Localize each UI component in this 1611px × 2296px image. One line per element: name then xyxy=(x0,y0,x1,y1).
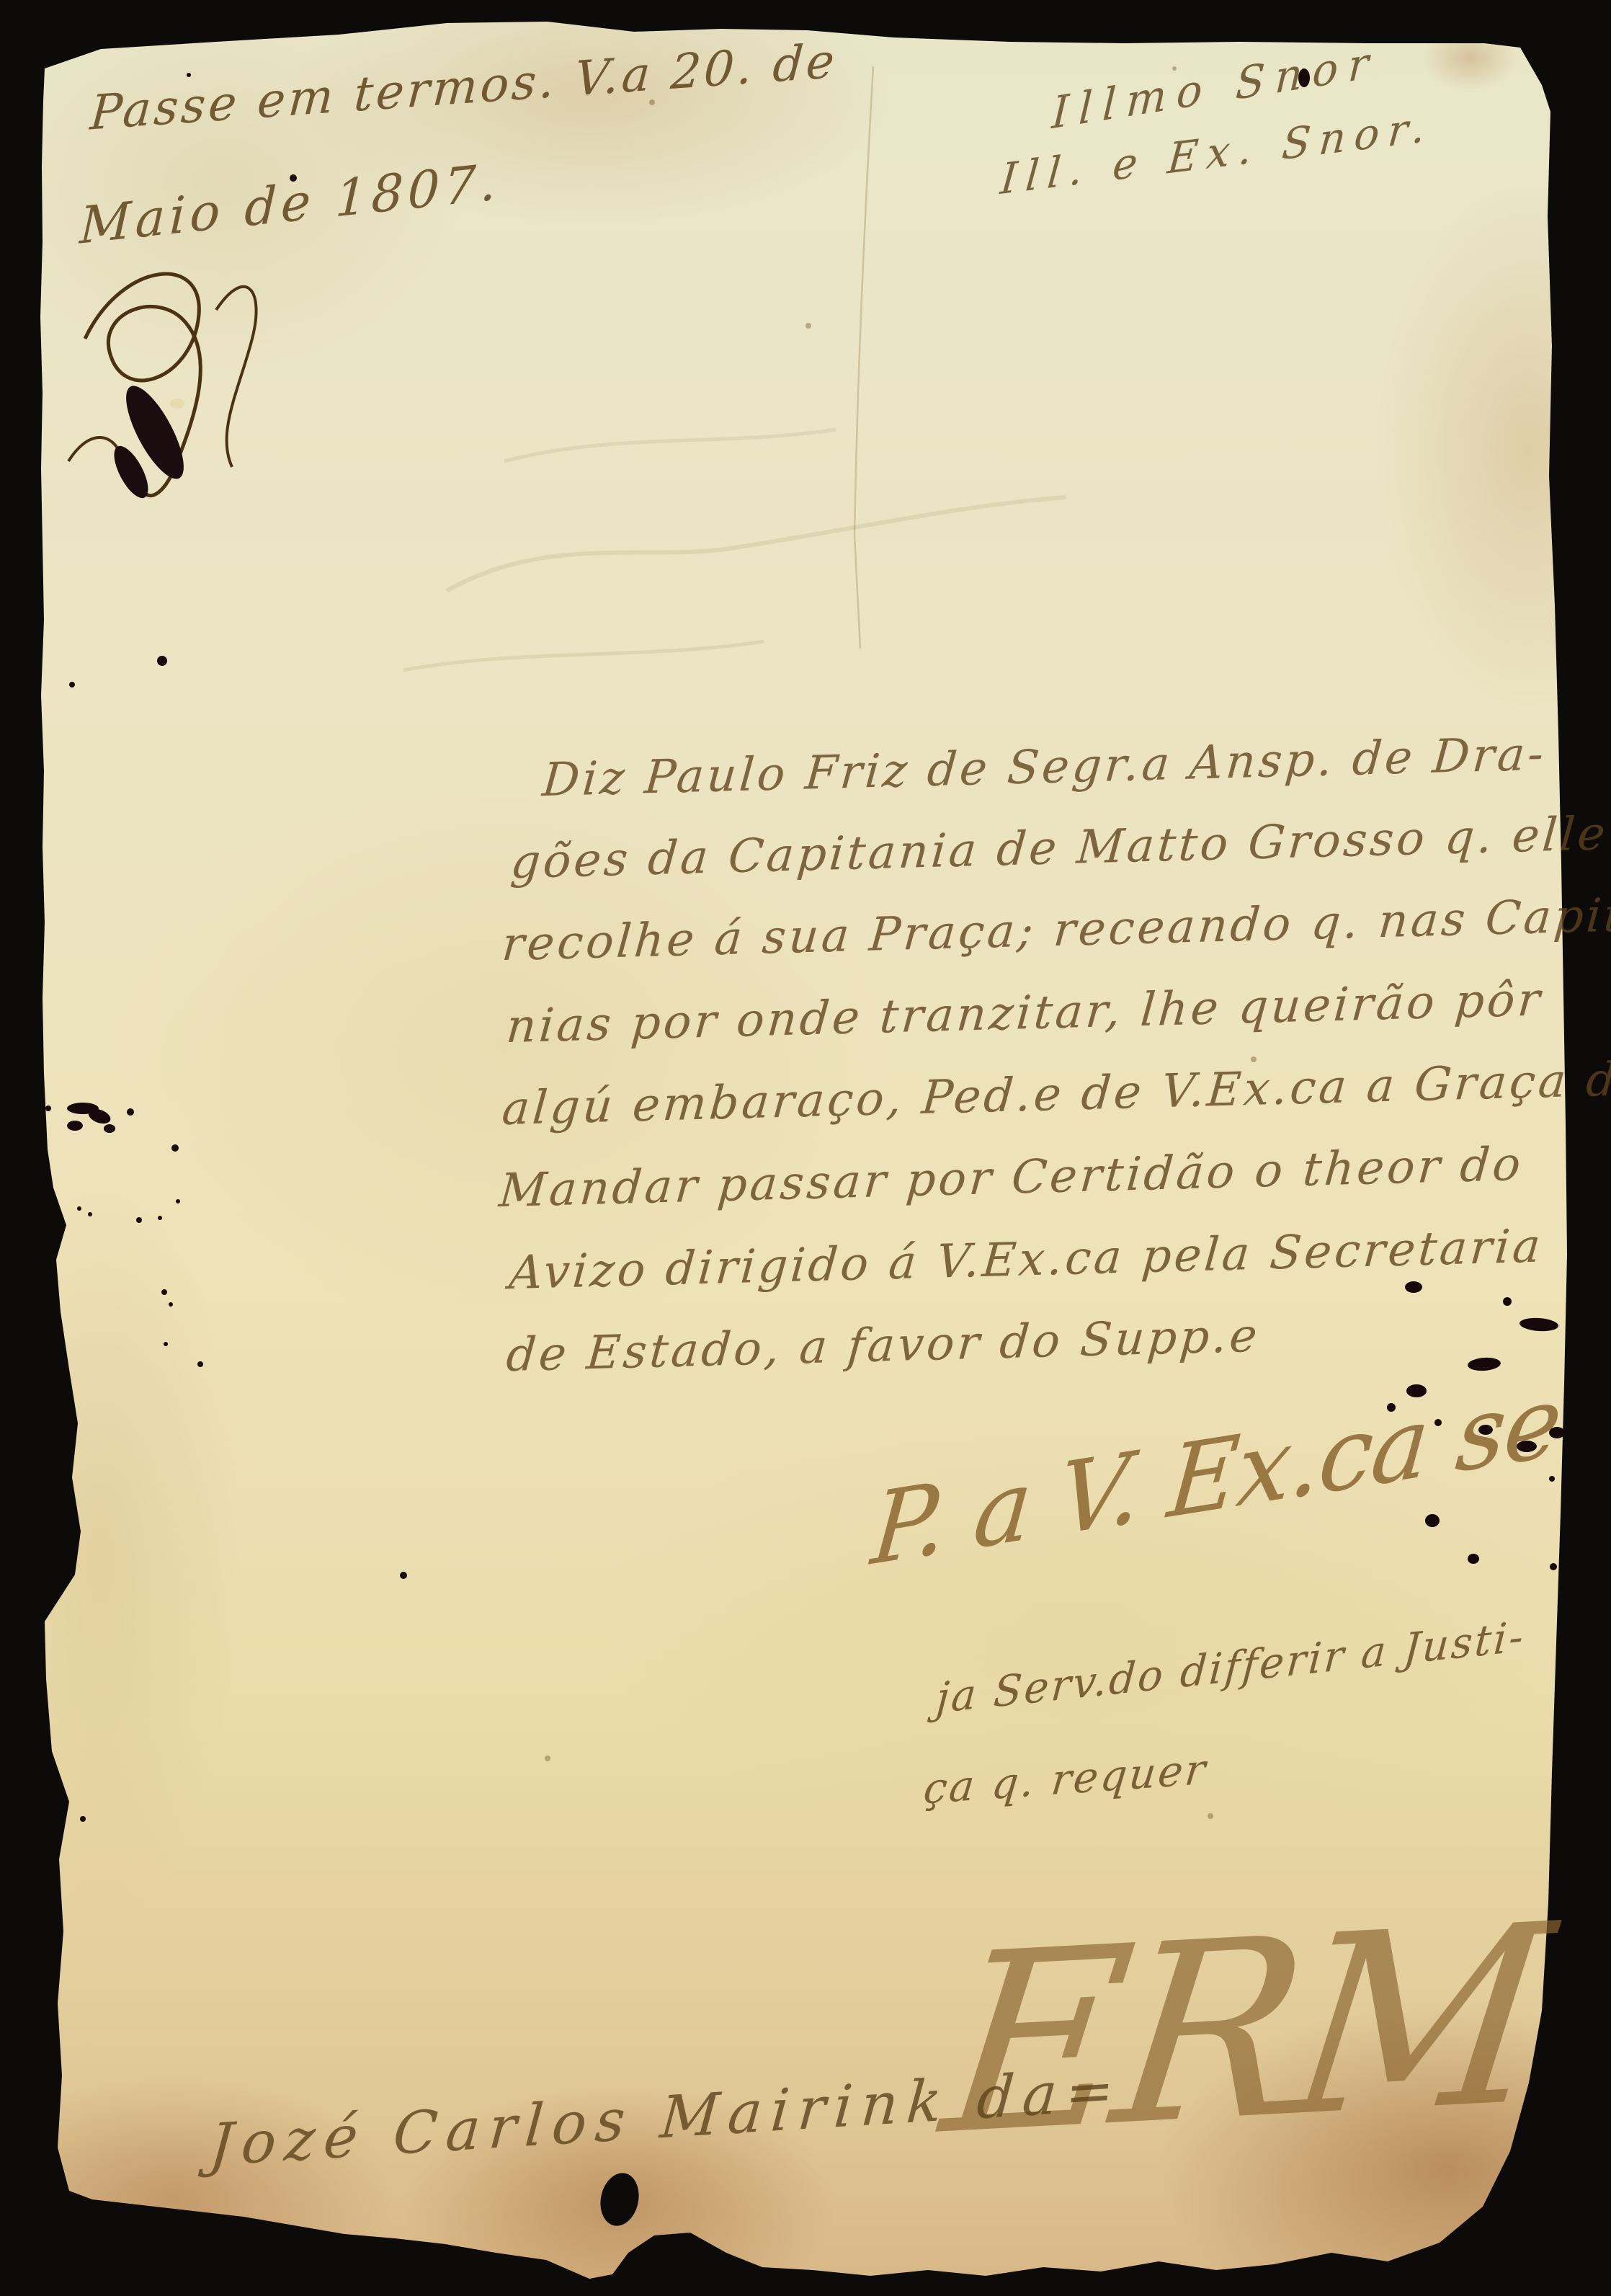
paper-freckles xyxy=(545,66,1257,1819)
verso-ink-showthrough xyxy=(403,430,1066,670)
ink-specks xyxy=(45,68,1565,1822)
paper-highlight xyxy=(170,399,184,409)
rubric-flourish xyxy=(68,274,256,503)
fold-crease xyxy=(854,66,873,649)
ink-marks-overlay xyxy=(0,0,1611,2296)
photograph-of-manuscript: Passe em termos. V.a 20. de Maio de 1807… xyxy=(0,0,1611,2296)
paper-hole xyxy=(596,2169,643,2229)
